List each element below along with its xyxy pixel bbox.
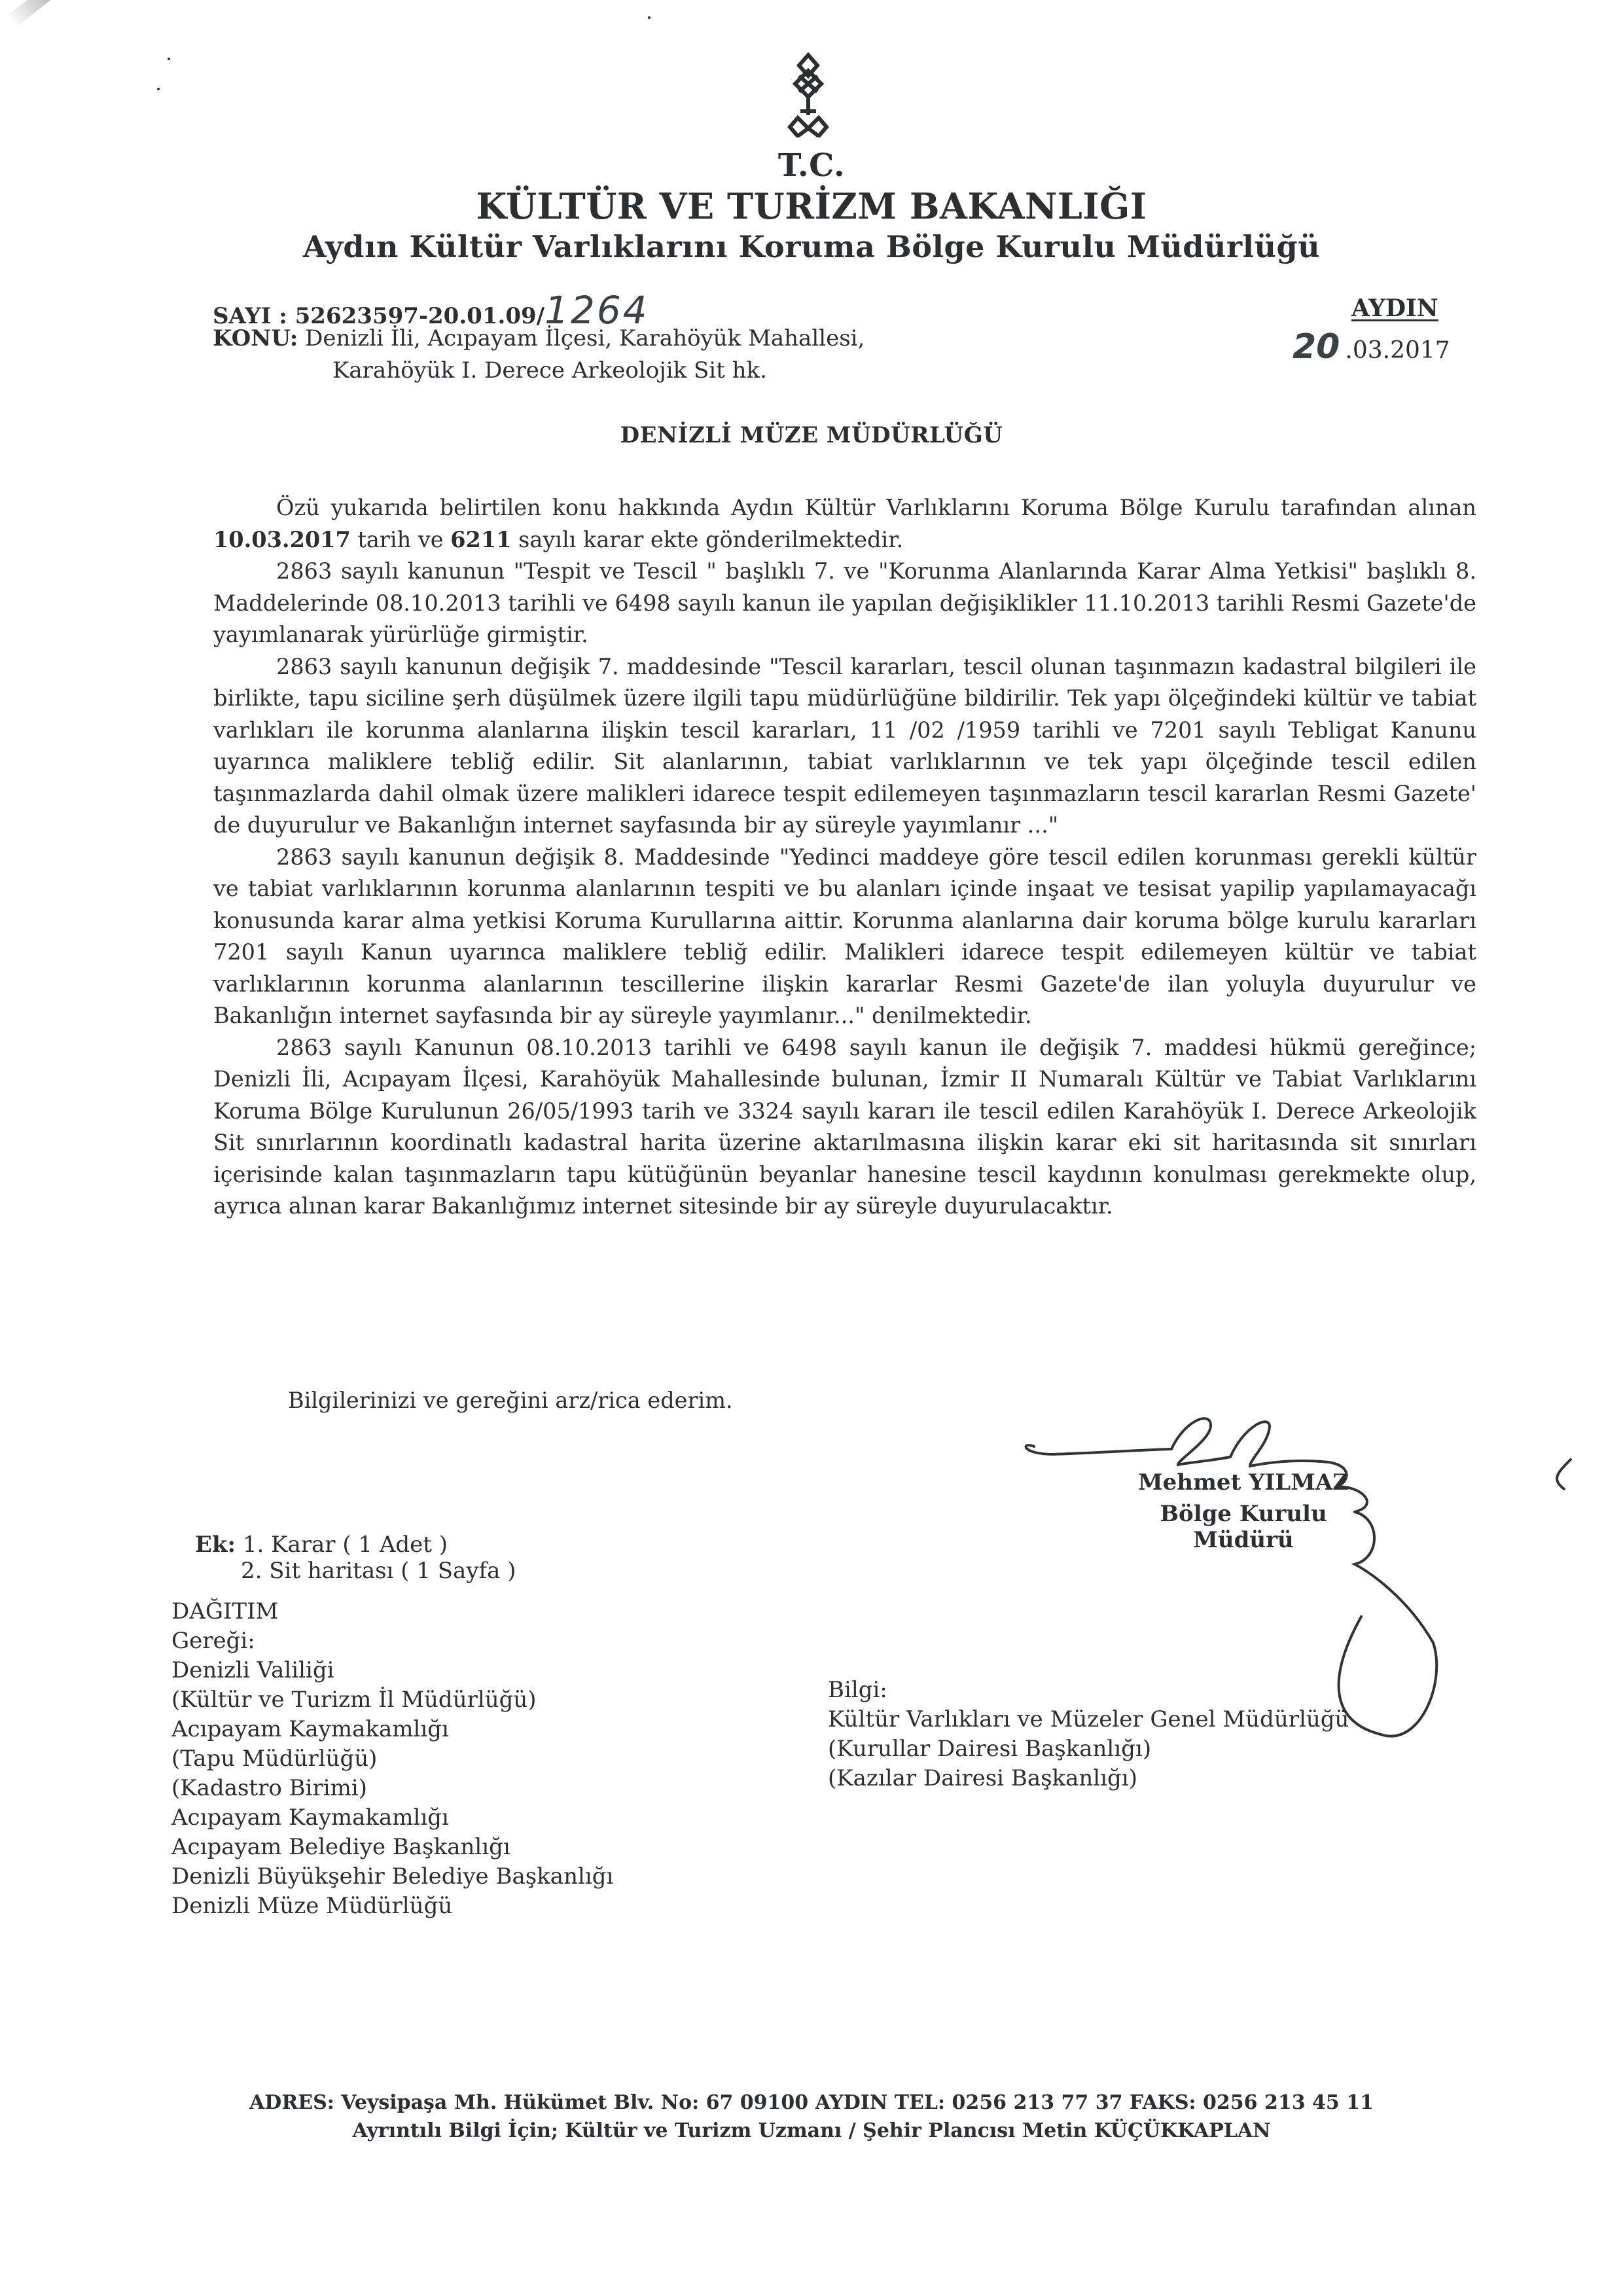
scan-streak-artifact [9,0,84,26]
distribution-item: Acıpayam Kaymakamlığı [171,1803,613,1833]
signer-title: Bölge Kurulu Müdürü [1106,1501,1381,1553]
scan-speck [168,58,170,60]
directorate-heading: Aydın Kültür Varlıklarını Koruma Bölge K… [0,229,1623,264]
info-list: Bilgi: Kültür Varlıkları ve Müzeler Gene… [828,1676,1349,1793]
konu-line-2: Karahöyük I. Derece Arkeolojik Sit hk. [332,357,767,384]
action-label: Gereği: [171,1626,613,1656]
ministry-emblem-icon [776,52,841,137]
konu-line-1: Denizli İli, Acıpayam İlçesi, Karahöyük … [305,325,865,351]
distribution-item: (Kültür ve Turizm İl Müdürlüğü) [171,1685,613,1715]
paragraph-2: 2863 sayılı kanunun "Tespit ve Tescil " … [213,556,1476,651]
distribution-item: Denizli Müze Müdürlüğü [171,1892,613,1921]
paragraph-5: 2863 sayılı Kanunun 08.10.2013 tarihli v… [213,1032,1476,1223]
city: AYDIN [1351,295,1438,322]
konu-label: KONU: [213,325,298,351]
info-item: (Kurullar Dairesi Başkanlığı) [828,1734,1349,1764]
info-label: Bilgi: [828,1676,1349,1705]
distribution-list: DAĞITIM Gereği: Denizli Valiliği (Kültür… [171,1597,613,1921]
p1-text-b: tarih ve [351,527,450,552]
p1-text-c: sayılı karar ekte gönderilmektedir. [512,527,904,552]
paragraph-3: 2863 sayılı kanunun değişik 7. maddesind… [213,651,1476,842]
distribution-item: Denizli Valiliği [171,1656,613,1685]
p1-text-a: Özü yukarıda belirtilen konu hakkında Ay… [276,495,1476,520]
letter-date: 20.03.2017 [1293,327,1450,367]
distribution-item: (Tapu Müdürlüğü) [171,1744,613,1774]
distribution-item: Acıpayam Belediye Başkanlığı [171,1833,613,1862]
attachment-item: 2. Sit haritası ( 1 Sayfa ) [195,1558,516,1584]
decision-number: 6211 [450,527,511,552]
attachments-label: Ek: [195,1532,236,1558]
distribution-item: Denizli Büyükşehir Belediye Başkanlığı [171,1862,613,1892]
paragraph-4: 2863 sayılı kanunun değişik 8. Maddesind… [213,842,1476,1032]
signer-name: Mehmet YILMAZ [1106,1469,1381,1496]
closing-line: Bilgilerinizi ve gereğini arz/rica ederi… [288,1388,733,1413]
decision-date: 10.03.2017 [213,527,351,552]
letter-body: Özü yukarıda belirtilen konu hakkında Ay… [213,492,1476,1223]
info-item: (Kazılar Dairesi Başkanlığı) [828,1764,1349,1793]
subject-line: KONU: Denizli İli, Acıpayam İlçesi, Kara… [213,325,865,351]
attachments: Ek: 1. Karar ( 1 Adet ) 2. Sit haritası … [195,1532,516,1584]
state-heading: T.C. [0,147,1623,184]
attachment-item: 1. Karar ( 1 Adet ) [243,1532,448,1558]
scan-speck [648,16,651,19]
distribution-heading: DAĞITIM [171,1597,613,1626]
scan-speck [157,88,160,90]
date-rest: .03.2017 [1345,337,1450,364]
footer-contact: Ayrıntılı Bilgi İçin; Kültür ve Turizm U… [0,2119,1623,2142]
paragraph-1: Özü yukarıda belirtilen konu hakkında Ay… [213,492,1476,556]
ministry-heading: KÜLTÜR VE TURİZM BAKANLIĞI [0,185,1623,227]
distribution-item: (Kadastro Birimi) [171,1774,613,1803]
date-day-handwritten: 20 [1293,327,1340,367]
info-item: Kültür Varlıkları ve Müzeler Genel Müdür… [828,1705,1349,1734]
distribution-item: Acıpayam Kaymakamlığı [171,1715,613,1744]
footer-address: ADRES: Veysipaşa Mh. Hükümet Blv. No: 67… [0,2091,1623,2114]
addressee: DENİZLİ MÜZE MÜDÜRLÜĞÜ [0,422,1623,448]
